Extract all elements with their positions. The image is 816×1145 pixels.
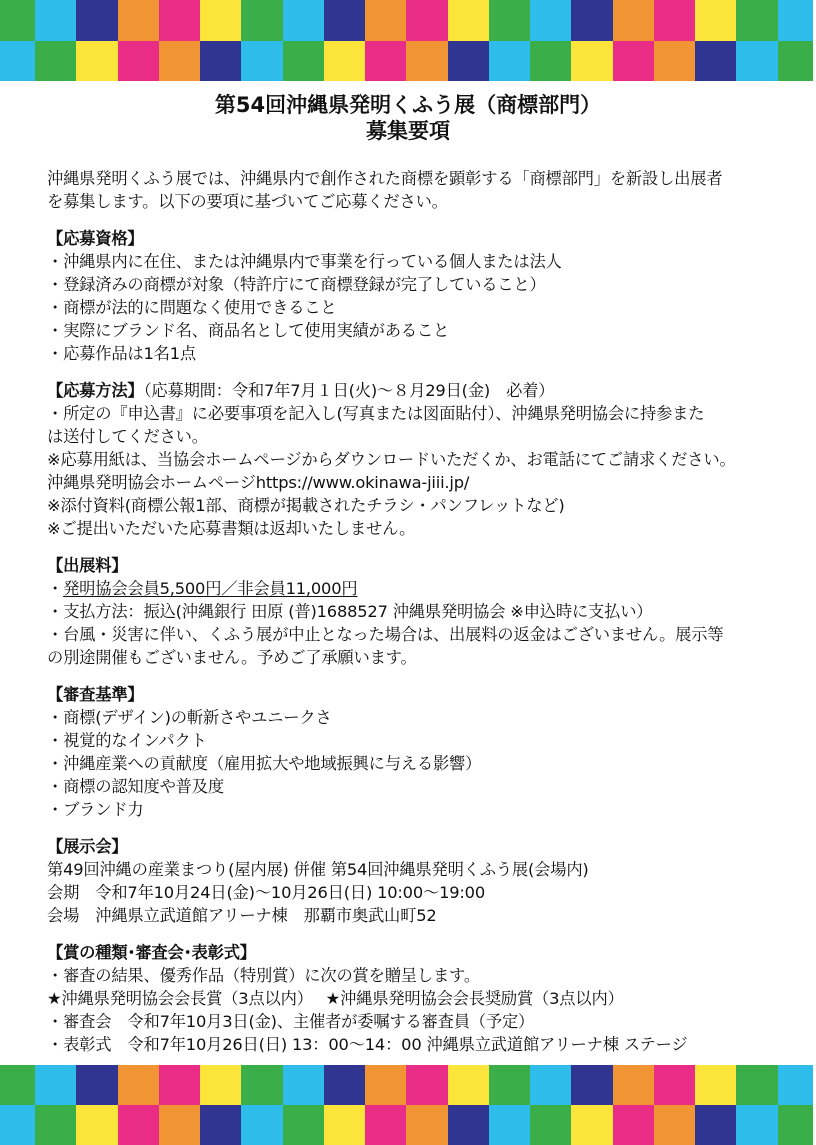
mosaic-tile-pink xyxy=(406,0,447,41)
mosaic-tile-navy xyxy=(324,1065,365,1105)
section-heading-exhibition: 【展示会】 xyxy=(47,837,127,856)
exhibition-item: 第49回沖縄の産業まつり(屋内展) 併催 第54回沖縄県発明くふう展(会場内) xyxy=(47,858,777,881)
mosaic-tile-yellow xyxy=(571,1105,612,1145)
mosaic-tile-navy xyxy=(200,41,241,82)
mosaic-tile-green xyxy=(778,41,813,82)
mosaic-tile-yellow xyxy=(695,1065,736,1105)
mosaic-tile-pink xyxy=(406,1065,447,1105)
criteria-item: ・視覚的なインパクト xyxy=(47,729,777,752)
mosaic-tile-cyan xyxy=(241,1105,282,1145)
intro-paragraph: 沖縄県発明くふう展では、沖縄県内で創作された商標を顕彰する「商標部門」を新設し出… xyxy=(47,167,777,213)
mosaic-tile-cyan xyxy=(736,41,777,82)
eligibility-item: ・実際にブランド名、商品名として使用実績があること xyxy=(47,319,777,342)
mosaic-tile-orange xyxy=(613,0,654,41)
awards-judging: ・審査会 令和7年10月3日(金)、主催者が委嘱する審査員（予定） xyxy=(47,1010,777,1033)
method-item: ※添付資料(商標公報1部、商標が掲載されたチラシ・パンフレットなど) xyxy=(47,494,777,517)
mosaic-tile-navy xyxy=(571,1065,612,1105)
mosaic-tile-green xyxy=(0,0,35,41)
criteria-item: ・ブランド力 xyxy=(47,798,777,821)
mosaic-tile-cyan xyxy=(241,41,282,82)
document-title: 第54回沖縄県発明くふう展（商標部門） 募集要項 xyxy=(0,92,816,144)
awards-ceremony: ・表彰式 令和7年10月26日(日) 13：00～14：00 沖縄県立武道館アリ… xyxy=(47,1033,777,1056)
eligibility-item: ・商標が法的に問題なく使用できること xyxy=(47,296,777,319)
mosaic-tile-cyan xyxy=(489,1105,530,1145)
mosaic-tile-navy xyxy=(448,1105,489,1145)
awards-prizes: ★沖縄県発明協会会長賞（3点以内） ★沖縄県発明協会会長奨励賞（3点以内） xyxy=(47,987,777,1010)
method-item: ※応募用紙は、当協会ホームページからダウンロードいただくか、お電話にてご請求くだ… xyxy=(47,448,777,471)
mosaic-tile-pink xyxy=(654,1065,695,1105)
mosaic-tile-green xyxy=(283,41,324,82)
exhibition-venue: 会場 沖縄県立武道館アリーナ棟 那覇市奥武山町52 xyxy=(47,904,777,927)
mosaic-tile-green xyxy=(35,41,76,82)
fee-item: ・支払方法：振込(沖縄銀行 田原 (普)1688527 沖縄県発明協会 ※申込時… xyxy=(47,600,777,623)
mosaic-row-1 xyxy=(0,0,816,41)
mosaic-tile-orange xyxy=(406,1105,447,1145)
mosaic-tile-orange xyxy=(118,1065,159,1105)
top-color-mosaic-border xyxy=(0,0,816,81)
mosaic-tile-pink xyxy=(613,41,654,82)
website-url-line: 沖縄県発明協会ホームページhttps://www.okinawa-jiii.jp… xyxy=(47,471,777,494)
section-heading-awards: 【賞の種類･審査会･表彰式】 xyxy=(47,943,256,962)
mosaic-tile-yellow xyxy=(76,41,117,82)
mosaic-tile-cyan xyxy=(283,1065,324,1105)
exhibition-period: 会期 令和7年10月24日(金)～10月26日(日) 10:00～19:00 xyxy=(47,881,777,904)
mosaic-tile-pink xyxy=(365,1105,406,1145)
mosaic-tile-navy xyxy=(448,41,489,82)
section-method: 【応募方法】（応募期間：令和7年7月１日(火)～８月29日(金) 必着） ・所定… xyxy=(47,379,777,540)
fee-amounts: 発明協会会員5,500円／非会員11,000円 xyxy=(63,579,357,598)
mosaic-tile-yellow xyxy=(448,0,489,41)
mosaic-tile-navy xyxy=(200,1105,241,1145)
mosaic-tile-green xyxy=(778,1105,813,1145)
section-heading-fee: 【出展料】 xyxy=(47,556,127,575)
title-line-2: 募集要項 xyxy=(0,118,816,144)
mosaic-tile-cyan xyxy=(0,1105,35,1145)
mosaic-row-2 xyxy=(0,41,816,82)
mosaic-tile-green xyxy=(530,1105,571,1145)
mosaic-tile-orange xyxy=(159,1105,200,1145)
section-criteria: 【審査基準】 ・商標(デザイン)の斬新さやユニークさ ・視覚的なインパクト ・沖… xyxy=(47,683,777,821)
mosaic-tile-pink xyxy=(613,1105,654,1145)
mosaic-tile-orange xyxy=(118,0,159,41)
mosaic-tile-green xyxy=(241,0,282,41)
mosaic-tile-green xyxy=(35,1105,76,1145)
mosaic-tile-green xyxy=(530,41,571,82)
mosaic-tile-navy xyxy=(76,0,117,41)
mosaic-tile-cyan xyxy=(530,1065,571,1105)
mosaic-tile-pink xyxy=(118,1105,159,1145)
mosaic-tile-navy xyxy=(695,41,736,82)
mosaic-tile-pink xyxy=(118,41,159,82)
mosaic-tile-green xyxy=(241,1065,282,1105)
mosaic-tile-navy xyxy=(76,1065,117,1105)
mosaic-tile-cyan xyxy=(489,41,530,82)
mosaic-tile-pink xyxy=(159,0,200,41)
mosaic-tile-green xyxy=(489,0,530,41)
criteria-item: ・沖縄産業への貢献度（雇用拡大や地域振興に与える影響） xyxy=(47,752,777,775)
mosaic-tile-pink xyxy=(365,41,406,82)
mosaic-tile-yellow xyxy=(324,41,365,82)
mosaic-tile-navy xyxy=(695,1105,736,1145)
mosaic-tile-yellow xyxy=(695,0,736,41)
mosaic-tile-orange xyxy=(613,1065,654,1105)
mosaic-tile-cyan xyxy=(35,0,76,41)
application-period: （応募期間：令和7年7月１日(火)～８月29日(金) 必着） xyxy=(144,381,555,400)
fee-amounts-line: ・発明協会会員5,500円／非会員11,000円 xyxy=(47,577,777,600)
mosaic-row-2 xyxy=(0,1105,816,1145)
mosaic-tile-green xyxy=(0,1065,35,1105)
mosaic-tile-pink xyxy=(159,1065,200,1105)
mosaic-tile-yellow xyxy=(200,0,241,41)
title-line-1: 第54回沖縄県発明くふう展（商標部門） xyxy=(0,92,816,118)
mosaic-tile-orange xyxy=(365,0,406,41)
fee-item: ・台風・災害に伴い、くふう展が中止となった場合は、出展料の返金はございません。展… xyxy=(47,623,777,646)
mosaic-tile-pink xyxy=(654,0,695,41)
intro-line-2: を募集します。以下の要項に基づいてご応募ください。 xyxy=(47,190,777,213)
mosaic-tile-orange xyxy=(406,41,447,82)
section-heading-criteria: 【審査基準】 xyxy=(47,685,144,704)
mosaic-tile-cyan xyxy=(35,1065,76,1105)
mosaic-tile-navy xyxy=(571,0,612,41)
bottom-color-mosaic-border xyxy=(0,1065,816,1145)
mosaic-tile-cyan xyxy=(283,0,324,41)
criteria-item: ・商標(デザイン)の斬新さやユニークさ xyxy=(47,706,777,729)
mosaic-row-1 xyxy=(0,1065,816,1105)
awards-item: ・審査の結果、優秀作品（特別賞）に次の賞を贈呈します。 xyxy=(47,964,777,987)
section-eligibility: 【応募資格】 ・沖縄県内に在住、または沖縄県内で事業を行っている個人または法人 … xyxy=(47,227,777,365)
criteria-item: ・商標の認知度や普及度 xyxy=(47,775,777,798)
bullet: ・ xyxy=(47,579,63,598)
mosaic-tile-yellow xyxy=(324,1105,365,1145)
mosaic-tile-yellow xyxy=(448,1065,489,1105)
mosaic-tile-cyan xyxy=(778,0,813,41)
eligibility-item: ・応募作品は1名1点 xyxy=(47,342,777,365)
mosaic-tile-orange xyxy=(365,1065,406,1105)
mosaic-tile-yellow xyxy=(571,41,612,82)
document-body: 沖縄県発明くふう展では、沖縄県内で創作された商標を顕彰する「商標部門」を新設し出… xyxy=(47,167,777,1056)
mosaic-tile-green xyxy=(489,1065,530,1105)
mosaic-tile-green xyxy=(283,1105,324,1145)
mosaic-tile-navy xyxy=(324,0,365,41)
mosaic-tile-orange xyxy=(654,41,695,82)
intro-line-1: 沖縄県発明くふう展では、沖縄県内で創作された商標を顕彰する「商標部門」を新設し出… xyxy=(47,167,777,190)
section-fee: 【出展料】 ・発明協会会員5,500円／非会員11,000円 ・支払方法：振込(… xyxy=(47,554,777,669)
mosaic-tile-cyan xyxy=(530,0,571,41)
eligibility-item: ・沖縄県内に在住、または沖縄県内で事業を行っている個人または法人 xyxy=(47,250,777,273)
section-awards: 【賞の種類･審査会･表彰式】 ・審査の結果、優秀作品（特別賞）に次の賞を贈呈しま… xyxy=(47,941,777,1056)
mosaic-tile-green xyxy=(736,1065,777,1105)
mosaic-tile-orange xyxy=(654,1105,695,1145)
mosaic-tile-yellow xyxy=(200,1065,241,1105)
mosaic-tile-cyan xyxy=(736,1105,777,1145)
eligibility-item: ・登録済みの商標が対象（特許庁にて商標登録が完了していること） xyxy=(47,273,777,296)
mosaic-tile-orange xyxy=(159,41,200,82)
section-exhibition: 【展示会】 第49回沖縄の産業まつり(屋内展) 併催 第54回沖縄県発明くふう展… xyxy=(47,835,777,927)
mosaic-tile-cyan xyxy=(778,1065,813,1105)
fee-item: の別途開催もございません。予めご了承願います。 xyxy=(47,646,777,669)
section-heading-method: 【応募方法】 xyxy=(47,381,144,400)
mosaic-tile-cyan xyxy=(0,41,35,82)
section-heading-eligibility: 【応募資格】 xyxy=(47,229,144,248)
mosaic-tile-green xyxy=(736,0,777,41)
method-item: ※ご提出いただいた応募書類は返却いたしません。 xyxy=(47,517,777,540)
method-item: ・所定の『申込書』に必要事項を記入し(写真または図面貼付）、沖縄県発明協会に持参… xyxy=(47,402,777,425)
method-item: は送付してください。 xyxy=(47,425,777,448)
mosaic-tile-yellow xyxy=(76,1105,117,1145)
